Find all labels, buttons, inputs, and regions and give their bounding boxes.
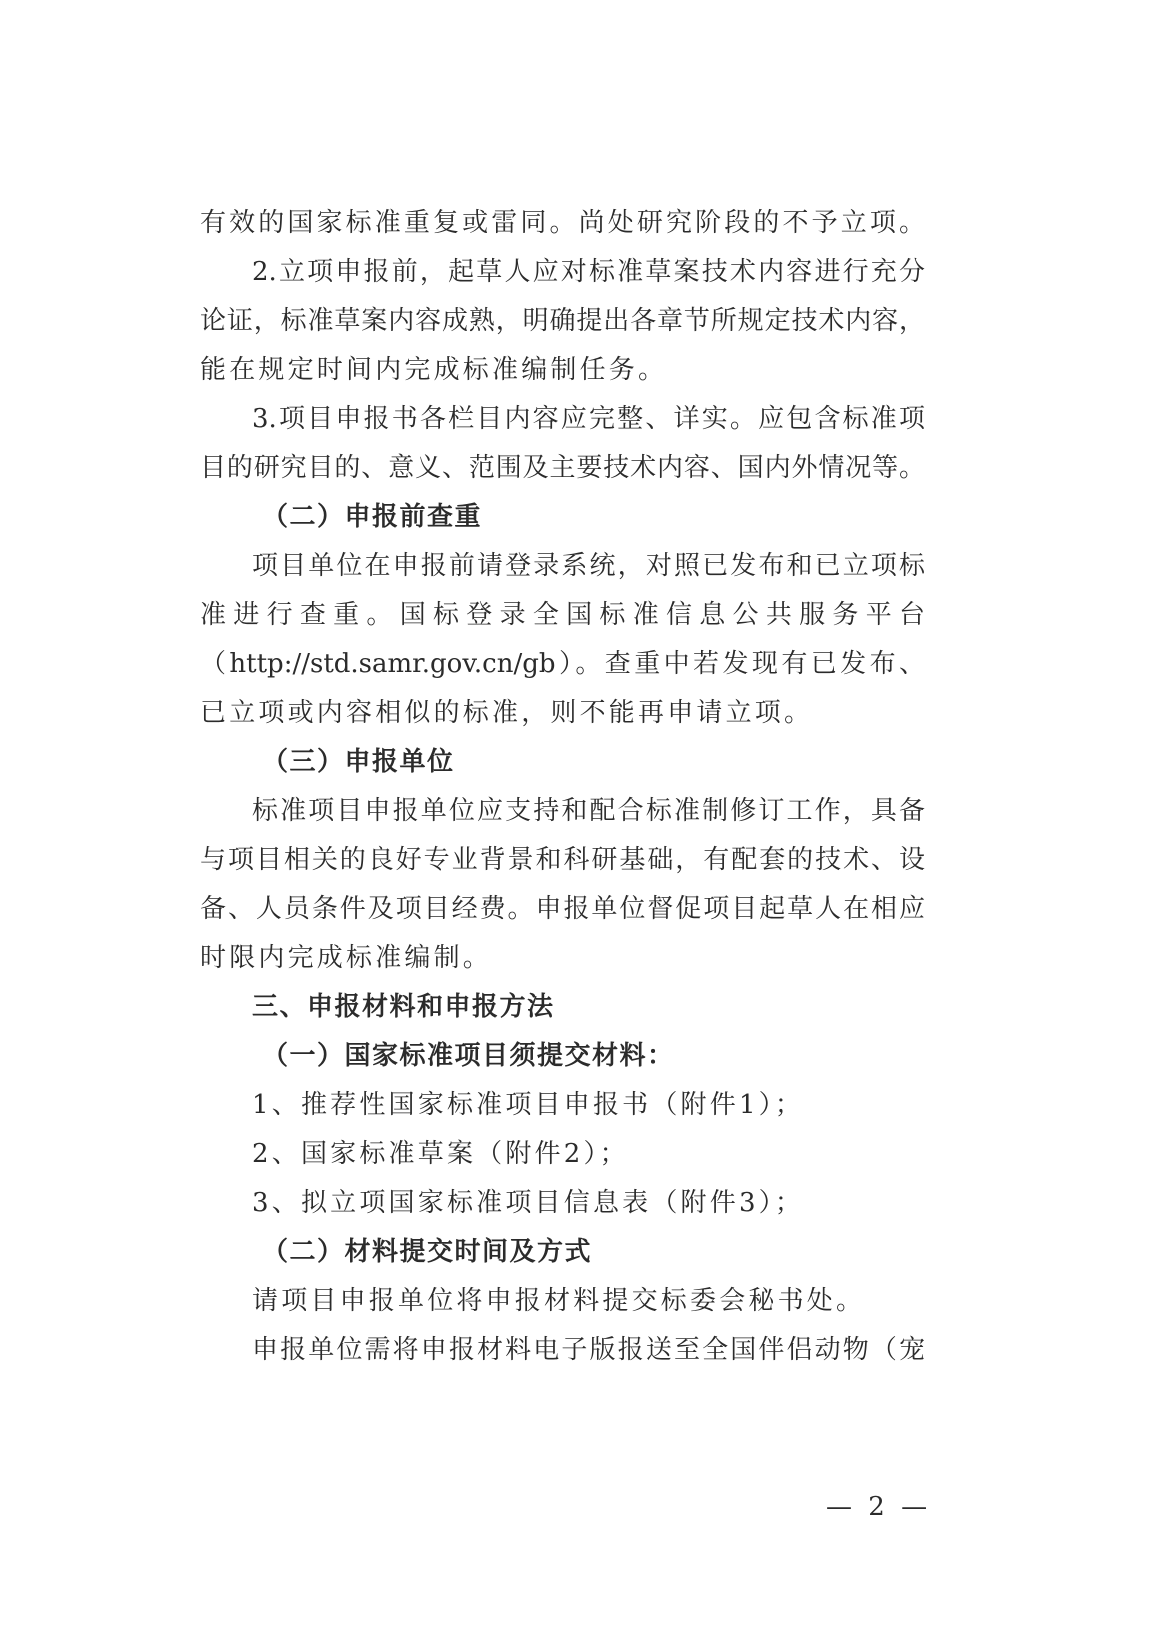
paragraph-line: 论证，标准草案内容成熟，明确提出各章节所规定技术内容， [200, 304, 925, 338]
page-number: — 2 — [826, 1490, 931, 1524]
paragraph-line: 2.立项申报前，起草人应对标准草案技术内容进行充分 [252, 255, 925, 289]
paragraph-line: 时限内完成标准编制。 [200, 941, 925, 975]
paragraph-line: 已立项或内容相似的标准，则不能再申请立项。 [200, 696, 925, 730]
paragraph-line: 能在规定时间内完成标准编制任务。 [200, 353, 925, 387]
paragraph-line: 项目单位在申报前请登录系统，对照已发布和已立项标 [252, 549, 925, 583]
paragraph-line: 请项目申报单位将申报材料提交标委会秘书处。 [252, 1284, 925, 1318]
paragraph-line: 备、人员条件及项目经费。申报单位督促项目起草人在相应 [200, 892, 925, 926]
paragraph-line: 标准项目申报单位应支持和配合标准制修订工作，具备 [252, 794, 925, 828]
paragraph-line-url: （http://std.samr.gov.cn/gb）。查重中若发现有已发布、 [200, 647, 925, 681]
document-page: 有效的国家标准重复或雷同。尚处研究阶段的不予立项。 2.立项申报前，起草人应对标… [0, 0, 1150, 1626]
paragraph-line: 3.项目申报书各栏目内容应完整、详实。应包含标准项 [252, 402, 925, 436]
paragraph-line: 准进行查重。国标登录全国标准信息公共服务平台 [200, 598, 925, 632]
section-heading-materials: 三、申报材料和申报方法 [252, 990, 925, 1024]
section-heading-duplicate-check: （二）申报前查重 [262, 500, 987, 534]
list-item: 2、国家标准草案（附件2）； [252, 1137, 925, 1171]
paragraph-line: 有效的国家标准重复或雷同。尚处研究阶段的不予立项。 [200, 206, 925, 240]
list-item: 1、推荐性国家标准项目申报书（附件1）； [252, 1088, 925, 1122]
subsection-heading-required-materials: （一）国家标准项目须提交材料： [262, 1039, 987, 1073]
paragraph-line: 目的研究目的、意义、范围及主要技术内容、国内外情况等。 [200, 451, 925, 485]
list-item: 3、拟立项国家标准项目信息表（附件3）； [252, 1186, 925, 1220]
paragraph-line: 与项目相关的良好专业背景和科研基础，有配套的技术、设 [200, 843, 925, 877]
section-heading-applicant: （三）申报单位 [262, 745, 987, 779]
paragraph-line: 申报单位需将申报材料电子版报送至全国伴侣动物（宠 [252, 1333, 925, 1367]
subsection-heading-submission: （二）材料提交时间及方式 [262, 1235, 987, 1269]
